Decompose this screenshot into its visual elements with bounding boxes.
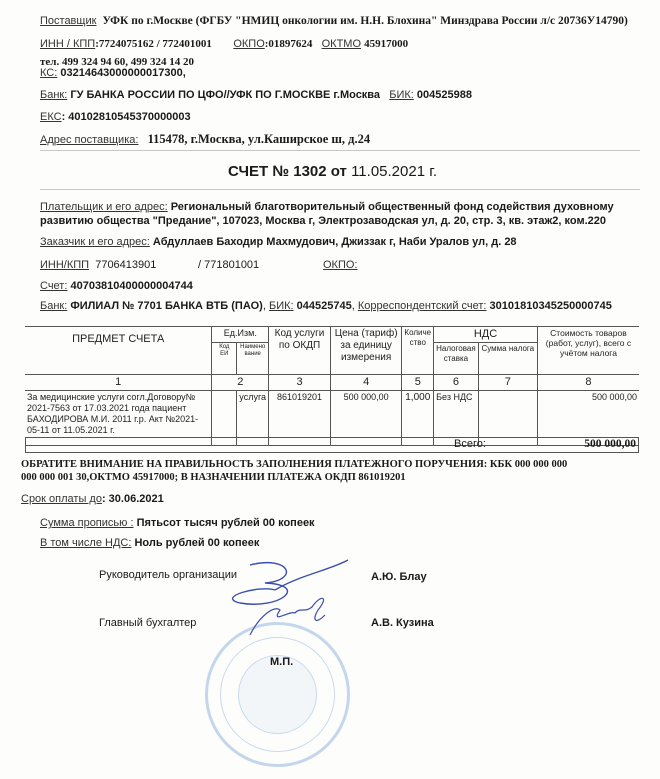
colnum-4: 4 [330, 375, 402, 391]
total-label: Всего: [454, 438, 486, 450]
supplier-oktmo: 45917000 [364, 38, 408, 50]
supplier-eks-label: ЕКС [40, 111, 62, 123]
header-price: Цена (тариф) за единицу измерения [330, 327, 402, 375]
supplier-bank-value: ГУ БАНКА РОССИИ ПО ЦФО//УФК ПО Г.МОСКВЕ … [70, 89, 380, 101]
payment-due-value: : 30.06.2021 [102, 493, 164, 505]
supplier-ks-label: КС: [40, 67, 57, 79]
supplier-ks-value: 03214643000000017300, [60, 67, 185, 79]
payer-inn: 7706413901 [95, 259, 156, 271]
supplier-bik-value: 004525988 [417, 89, 472, 101]
payer-label: Плательщик и его адрес: [40, 201, 168, 213]
vat-in-words: В том числе НДС: Ноль рублей 00 копеек [40, 537, 259, 549]
header-total: Стоимость товаров (работ, услуг), всего … [537, 327, 639, 375]
invoice-number: СЧЕТ № 1302 от [228, 163, 347, 180]
divider-top [40, 150, 640, 151]
supplier-oktmo-label: ОКТМО [322, 38, 361, 50]
divider-bottom [40, 189, 640, 190]
payer-kpp: / 771801001 [198, 259, 259, 271]
supplier-eks: ЕКС: 40102810545370000003 [40, 111, 191, 123]
supplier-eks-value: : 40102810545370000003 [62, 111, 191, 123]
payer-okpo-label: ОКПО: [323, 259, 357, 271]
payer-account-label: Счет: [40, 280, 67, 292]
head-label: Руководитель организации [99, 569, 237, 581]
payer-inn-kpp: ИНН/КПП 7706413901 [40, 259, 156, 271]
colnum-3: 3 [269, 375, 331, 391]
supplier-ks: КС: 03214643000000017300, [40, 67, 186, 79]
supplier-ids: ИНН / КПП:7724075162 / 772401001 ОКПО:01… [40, 38, 408, 50]
supplier-inn-kpp: :7724075162 / 772401001 [95, 38, 212, 50]
supplier-name: УФК по г.Москве (ФГБУ "НМИЦ онкологии им… [103, 15, 628, 27]
payer-corr-value: 30101810345250000745 [490, 300, 612, 312]
supplier-address: Адрес поставщика: 115478, г.Москва, ул.К… [40, 132, 370, 147]
supplier-inn-kpp-label: ИНН / КПП [40, 38, 95, 50]
colnum-8: 8 [537, 375, 639, 391]
supplier-bank: Банк: ГУ БАНКА РОССИИ ПО ЦФО//УФК ПО Г.М… [40, 89, 472, 101]
invoice-table: ПРЕДМЕТ СЧЕТА Ед.Изм. Код услуги по ОКДП… [25, 326, 639, 446]
payment-due-label: Срок оплаты до [21, 493, 102, 505]
accountant-name: А.В. Кузина [371, 617, 434, 629]
payment-notice-line1: ОБРАТИТЕ ВНИМАНИЕ НА ПРАВИЛЬНОСТЬ ЗАПОЛН… [21, 459, 567, 470]
payer-account: Счет: 40703810400000004744 [40, 280, 193, 292]
payment-notice-line2: 000 000 001 30,ОКТМО 45917000; В НАЗНАЧЕ… [21, 472, 406, 483]
payer-bank: Банк: ФИЛИАЛ № 7701 БАНКА ВТБ (ПАО), БИК… [40, 300, 612, 312]
colnum-6: 6 [434, 375, 479, 391]
header-vat: НДС [434, 327, 538, 343]
supplier-label: Поставщик [40, 15, 96, 27]
amount-words-value: Пятьсот тысяч рублей 00 копеек [137, 517, 315, 529]
header-qty: Количе ство [402, 327, 434, 375]
payer-bank-label: Банк: [40, 300, 67, 312]
payer-bank-value: ФИЛИАЛ № 7701 БАНКА ВТБ (ПАО) [70, 300, 263, 312]
header-unit-code: Код ЕИ [212, 343, 237, 375]
stamp-label: М.П. [270, 656, 293, 668]
total-row: Всего: 500 000,00 [25, 437, 639, 453]
header-unit-name: Наимено вание [237, 343, 269, 375]
vat-words-value: Ноль рублей 00 копеек [134, 537, 259, 549]
accountant-label: Главный бухгалтер [99, 617, 196, 629]
colnum-2: 2 [212, 375, 269, 391]
payer-line2: развитию общества "Предание", 107023, Мо… [40, 215, 606, 227]
table-header-row: ПРЕДМЕТ СЧЕТА Ед.Изм. Код услуги по ОКДП… [25, 327, 639, 343]
head-name: А.Ю. Блау [371, 571, 427, 583]
customer-label: Заказчик и его адрес: [40, 236, 150, 248]
amount-in-words: Сумма прописью : Пятьсот тысяч рублей 00… [40, 517, 315, 529]
signature-head-icon [220, 555, 350, 650]
payment-due: Срок оплаты до: 30.06.2021 [21, 493, 164, 505]
header-vat-rate: Налоговая ставка [434, 343, 479, 375]
colnum-1: 1 [25, 375, 212, 391]
header-subject: ПРЕДМЕТ СЧЕТА [25, 327, 212, 375]
payer-line1: Плательщик и его адрес: Региональный бла… [40, 201, 614, 213]
supplier-bank-label: Банк: [40, 89, 67, 101]
customer-value: Абдуллаев Баходир Махмудович, Джиззак г,… [153, 236, 517, 248]
invoice-date: 11.05.2021 г. [351, 163, 437, 180]
payer-corr-label: Корреспондентский счет: [358, 300, 487, 312]
colnum-5: 5 [402, 375, 434, 391]
payer-inn-kpp-label: ИНН/КПП [40, 259, 89, 271]
supplier-address-label: Адрес поставщика: [40, 134, 138, 146]
supplier-bik-label: БИК: [389, 89, 414, 101]
customer-line: Заказчик и его адрес: Абдуллаев Баходир … [40, 236, 517, 248]
colnum-7: 7 [478, 375, 537, 391]
supplier-line: Поставщик УФК по г.Москве (ФГБУ "НМИЦ он… [40, 15, 628, 27]
header-okdp: Код услуги по ОКДП [269, 327, 331, 375]
supplier-okpo-label: ОКПО [233, 38, 264, 50]
payer-bik-value: 044525745 [297, 300, 352, 312]
payer-account-value: 40703810400000004744 [70, 280, 192, 292]
header-vat-sum: Сумма налога [478, 343, 537, 375]
payer-bik-label: БИК: [269, 300, 294, 312]
header-unit: Ед.Изм. [212, 327, 269, 343]
supplier-address-value: 115478, г.Москва, ул.Каширское ш, д.24 [148, 132, 371, 146]
total-value: 500 000,00 [584, 438, 636, 450]
invoice-title: СЧЕТ № 1302 от 11.05.2021 г. [228, 163, 437, 180]
payer-name: Региональный благотворительный обществен… [171, 201, 614, 213]
supplier-okpo: :01897624 [265, 38, 313, 50]
vat-words-label: В том числе НДС: [40, 537, 131, 549]
amount-words-label: Сумма прописью : [40, 517, 134, 529]
column-numbers-row: 1 2 3 4 5 6 7 8 [25, 375, 639, 391]
